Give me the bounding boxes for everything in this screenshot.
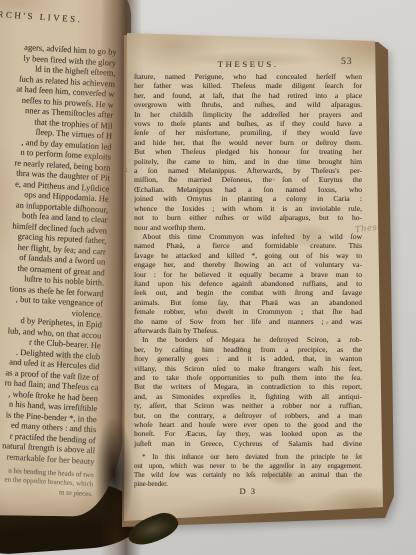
text-line: ſtand upon his defence againſt abandoned…	[134, 279, 362, 288]
text-line: her, and found, at laſt, that ſhe had re…	[134, 91, 362, 100]
text-line: ſtature, named Perigune, who had conceal…	[134, 72, 362, 81]
right-page: THESEUS. 53 x x ſtature, named Perigune,…	[120, 26, 416, 538]
text-line: animals. But ſome ſay, that Phæä was an …	[134, 298, 362, 307]
right-page-content: THESEUS. 53 x x ſtature, named Perigune,…	[120, 26, 416, 538]
page-number: 53	[341, 57, 353, 67]
book-photograph: RCH'S LIVES. agers, adviſed him to go by…	[0, 0, 416, 555]
text-line: whoſe heart and houſe were ever open to …	[134, 420, 362, 429]
text-line: nour and worſhip them.	[134, 223, 362, 232]
chapter-running-header: THESEUS.	[134, 59, 362, 69]
text-line: engage her, and thereby ſhowing an act o…	[134, 260, 362, 269]
text-line: In her childiſh ſimplicity ſhe addreſſed…	[134, 110, 362, 119]
text-line: ſavage he attacked and killed *, going o…	[134, 251, 362, 260]
text-line: ſeek out, and begin the combat with ſtro…	[134, 288, 362, 297]
right-page-block: THESEUS. 53 x x ſtature, named Perigune,…	[120, 26, 416, 538]
text-line: not to burn either ruſhes or wild aſpara…	[134, 213, 362, 222]
text-line: politely, ſhe came to him, and in due ti…	[134, 157, 362, 166]
text-line: a ſon named Melanippus. Afterwards, by T…	[134, 166, 362, 175]
text-line: joined with Ornytus in planting a colony…	[134, 194, 362, 203]
text-line: but, on the contrary, a deſtroyer of rob…	[134, 411, 362, 420]
text-line: ber, by caſting him headlong from a prec…	[134, 345, 362, 354]
text-line: juſteſt man in Greece, Cychreus of Salam…	[134, 439, 362, 448]
text-line: the name of Sow from her life and manner…	[134, 317, 362, 326]
text-line: lour : for he believed it equally became…	[134, 270, 362, 279]
text-line: ſtory generally goes : and it is added, …	[134, 354, 362, 363]
text-line: But when Theſeus pledged his honour for …	[134, 147, 362, 156]
text-line: overgrown with ſhrubs, and ruſhes, and w…	[134, 100, 362, 109]
left-running-header: RCH'S LIVES.	[0, 9, 83, 24]
text-line: Œchalian. Melanippus had a ſon named Iox…	[134, 185, 362, 194]
text-line: honeſt. For Æacus, ſay they, was looked …	[134, 429, 362, 438]
body-text-lines: ſtature, named Perigune, who had conceal…	[134, 72, 362, 448]
text-line: whence the Ioxides ; with whom it is an …	[134, 204, 362, 213]
text-line: ſenſe of her misfortune, promiſing, if t…	[134, 128, 362, 137]
signature-mark: D 3	[134, 486, 362, 496]
text-line: miſſion, ſhe married Deïoneus, the ſon o…	[134, 175, 362, 184]
text-line: villany, this Sciron uſed to make ſtrang…	[134, 364, 362, 373]
text-line: vows to theſe plants and buſhes, as if t…	[134, 119, 362, 128]
left-footnote-lines: n his bending the heads of twoen the opp…	[0, 460, 94, 499]
text-line: The wild ſow was certainly no leſs reſpe…	[134, 471, 362, 480]
text-line: About this time Crommyon was infeſted by…	[134, 232, 362, 241]
text-line: ty, aſſert, that Sciron was neither a ro…	[134, 401, 362, 410]
text-line: out upon, which was never to be the aggr…	[134, 462, 362, 471]
text-line: afterwards ſlain by Theſeus.	[134, 326, 362, 335]
text-line: her father was killed. Theſeus made dili…	[134, 81, 362, 90]
text-line: named Phæä, a fierce and formidable crea…	[134, 241, 362, 250]
text-line: and hide her, that ſhe would never burn …	[134, 138, 362, 147]
text-line: and to take thoſe opportunities to puſh …	[134, 373, 362, 382]
text-line: and, as Simonides expreſſes it, fighting…	[134, 392, 362, 401]
text-line: But the writers of Megara, in contradict…	[134, 382, 362, 391]
text-line: female robber, who dwelt in Crommyon ; t…	[134, 307, 362, 316]
text-line: In the borders of Megara he deſtroyed Sc…	[134, 335, 362, 344]
footnote-lines: * In this inſtance our hero deviated fro…	[134, 453, 362, 489]
text-line: * In this inſtance our hero deviated fro…	[134, 453, 362, 462]
